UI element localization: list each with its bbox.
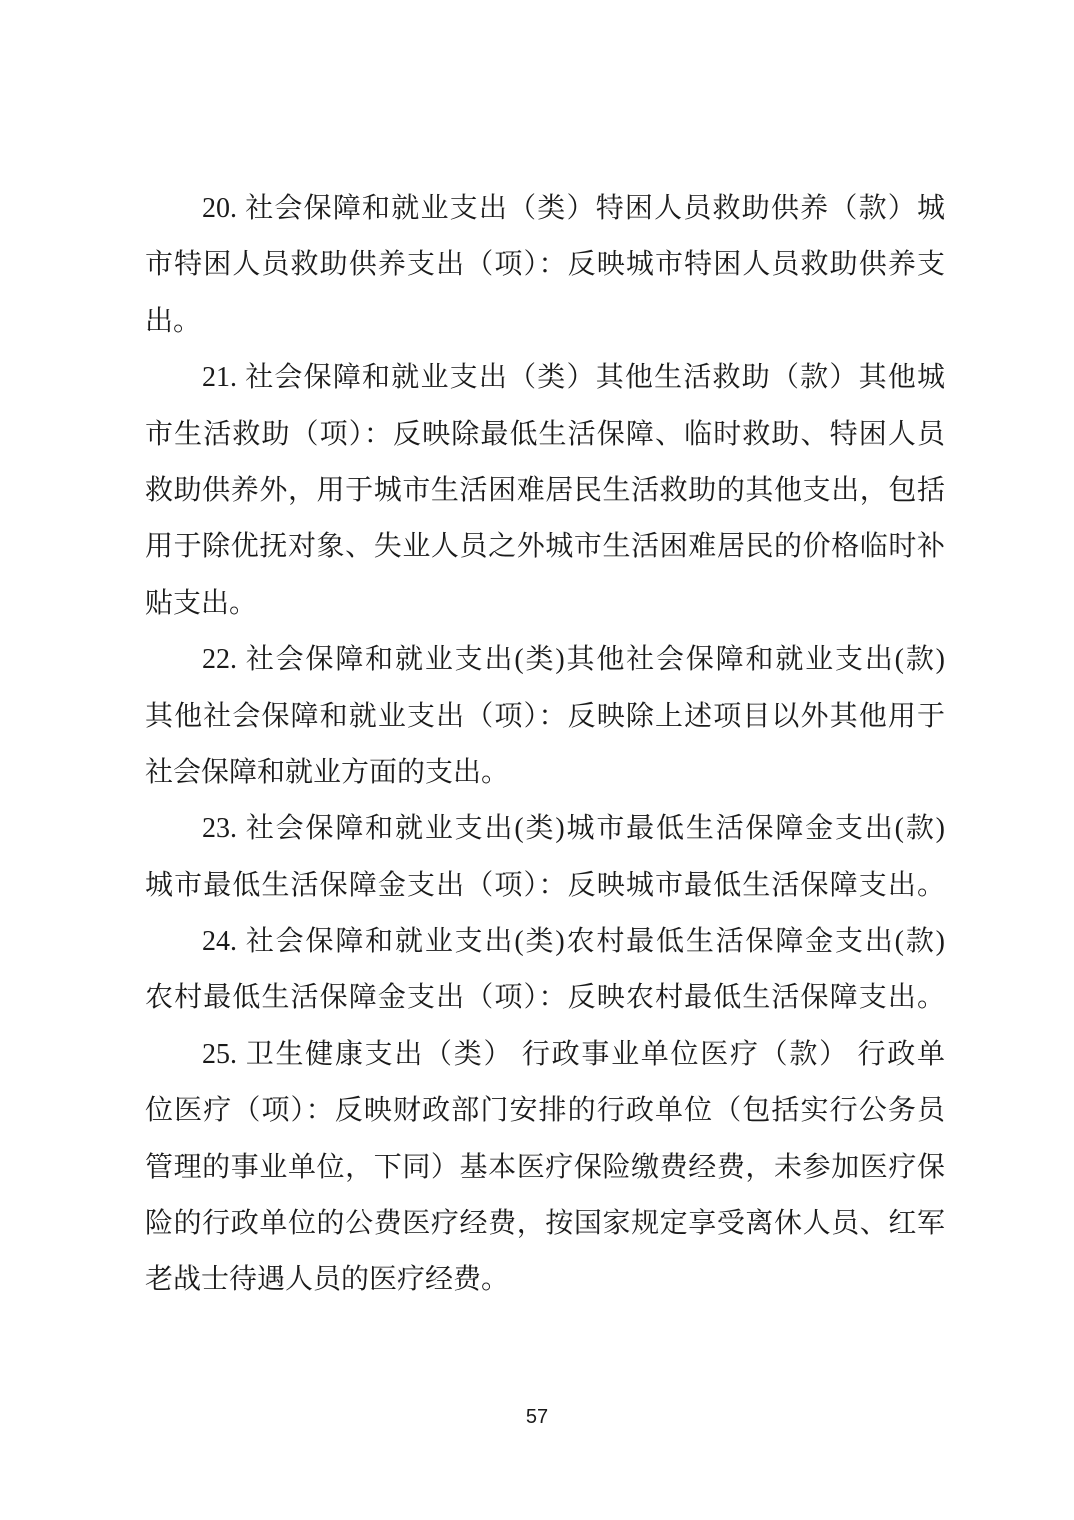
text-line: 位医疗（项）：反映财政部门安排的行政单位（包括实行公务员 [145,1083,945,1139]
text-line: 市生活救助（项）：反映除最低生活保障、临时救助、特困人员 [145,407,945,463]
text-line: 救助供养外，用于城市生活困难居民生活救助的其他支出，包括 [145,463,945,519]
text-line: 农村最低生活保障金支出（项）：反映农村最低生活保障支出。 [145,970,945,1026]
paragraph-20: 20. 社会保障和就业支出（类）特困人员救助供养（款）城 市特困人员救助供养支出… [145,181,945,350]
paragraph-22: 22. 社会保障和就业支出(类)其他社会保障和就业支出(款) 其他社会保障和就业… [145,632,945,801]
text-line: 老战士待遇人员的医疗经费。 [145,1252,945,1308]
paragraph-25: 25. 卫生健康支出（类） 行政事业单位医疗（款） 行政单 位医疗（项）：反映财… [145,1027,945,1309]
text-line: 24. 社会保障和就业支出(类)农村最低生活保障金支出(款) [145,914,945,970]
text-line: 险的行政单位的公费医疗经费，按国家规定享受离休人员、红军 [145,1196,945,1252]
text-line: 市特困人员救助供养支出（项）：反映城市特困人员救助供养支 [145,237,945,293]
text-line: 贴支出。 [145,576,945,632]
text-line: 用于除优抚对象、失业人员之外城市生活困难居民的价格临时补 [145,519,945,575]
paragraph-21: 21. 社会保障和就业支出（类）其他生活救助（款）其他城 市生活救助（项）：反映… [145,350,945,632]
paragraph-23: 23. 社会保障和就业支出(类)城市最低生活保障金支出(款) 城市最低生活保障金… [145,801,945,914]
text-line: 其他社会保障和就业支出（项）：反映除上述项目以外其他用于 [145,689,945,745]
text-line: 23. 社会保障和就业支出(类)城市最低生活保障金支出(款) [145,801,945,857]
text-line: 出。 [145,294,945,350]
text-line: 22. 社会保障和就业支出(类)其他社会保障和就业支出(款) [145,632,945,688]
text-line: 20. 社会保障和就业支出（类）特困人员救助供养（款）城 [145,181,945,237]
document-page: 20. 社会保障和就业支出（类）特困人员救助供养（款）城 市特困人员救助供养支出… [0,0,1074,1520]
paragraph-24: 24. 社会保障和就业支出(类)农村最低生活保障金支出(款) 农村最低生活保障金… [145,914,945,1027]
text-line: 社会保障和就业方面的支出。 [145,745,945,801]
page-number: 57 [0,1405,1074,1429]
text-line: 管理的事业单位，下同）基本医疗保险缴费经费，未参加医疗保 [145,1140,945,1196]
body-text: 20. 社会保障和就业支出（类）特困人员救助供养（款）城 市特困人员救助供养支出… [145,181,945,1309]
text-line: 21. 社会保障和就业支出（类）其他生活救助（款）其他城 [145,350,945,406]
text-line: 城市最低生活保障金支出（项）：反映城市最低生活保障支出。 [145,858,945,914]
text-line: 25. 卫生健康支出（类） 行政事业单位医疗（款） 行政单 [145,1027,945,1083]
